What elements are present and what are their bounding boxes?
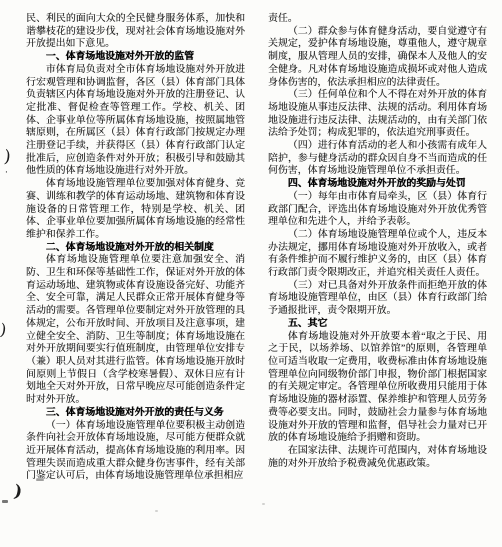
pen-mark-icon: ·	[5, 169, 8, 178]
paragraph-continuation: 民、利民的面向大众的全民健身服务体系，加快和谐攀枝花的建设步伐，现对社会体育场地…	[26, 13, 245, 51]
paragraph: （三）任何单位和个人不得在对外开放的体育场地设施从事违反法律、法规的活动。利用体…	[268, 89, 487, 140]
paragraph: 在国家法律、法规许可范围内，对体育场地设施的对外开放给予税费减免优惠政策。	[268, 445, 487, 470]
pen-mark-icon: )	[0, 322, 7, 339]
paragraph: （一）每年由市体育局牵头，区（县）体育行政部门配合，评选出体育场地设施对外开放优…	[268, 191, 487, 229]
section-heading: 二、体育场地设施对外开放的相关制度	[26, 242, 245, 255]
text-column-left: 民、利民的面向大众的全民健身服务体系，加快和谐攀枝花的建设步伐，现对社会体育场地…	[26, 13, 245, 483]
section-heading: 四、体育场地设施对外开放的奖励与处罚	[268, 178, 487, 191]
paragraph: （三）对已具备对外开放条件而拒绝开放的体育场地设施管理单位，由区（县）体育行政部…	[268, 280, 487, 318]
scan-speck	[2, 500, 8, 503]
text-column-right: 责任。（二）群众参与体育健身活动，要自觉遵守有关规定，爱护体育场地设施，尊重他人…	[268, 13, 487, 470]
scan-speck	[155, 510, 158, 512]
pen-mark-icon: )	[3, 149, 11, 167]
scan-speck	[262, 503, 265, 505]
paragraph: 体育场地设施对外开放要本着“取之于民、用之于民，以场养场、以馆养馆”的原则，各管…	[268, 331, 487, 445]
paragraph: 市体育局负责对全市体育场地设施对外开放进行宏观管理和协调监督，各区（县）体育部门…	[26, 64, 245, 178]
paragraph: （二）体育场地设施管理单位或个人，违反本办法规定，挪用体育场地设施对外开放收入，…	[268, 229, 487, 280]
pen-mark-icon: )	[13, 483, 24, 501]
section-heading: 五、其它	[268, 318, 487, 331]
paragraph: 体育场地设施管理单位要加强对体育健身、竞赛、训练和教学的体育运动场地、建筑物和体…	[26, 178, 245, 242]
document-page: 民、利民的面向大众的全民健身服务体系，加快和谐攀枝花的建设步伐，现对社会体育场地…	[0, 0, 502, 547]
section-heading: 三、体育场地设施对外开放的责任与义务	[26, 407, 245, 420]
paragraph: 体育场地设施管理单位要注意加强安全、消防、卫生和环保等基础性工作，保证对外开放的…	[26, 254, 245, 406]
paragraph: （四）进行体育活动的老人和小孩需有成年人陪护，参与健身活动的群众因自身不当而造成…	[268, 140, 487, 178]
paragraph: （一）体育场地设施管理单位要积极主动创造条件向社会开放体育场地设施，尽可能方便群…	[26, 420, 245, 484]
section-heading: 一、体育场地设施对外开放的监管	[26, 51, 245, 64]
paragraph: （二）群众参与体育健身活动，要自觉遵守有关规定，爱护体育场地设施，尊重他人，遵守…	[268, 26, 487, 90]
paragraph-continuation: 责任。	[268, 13, 487, 26]
